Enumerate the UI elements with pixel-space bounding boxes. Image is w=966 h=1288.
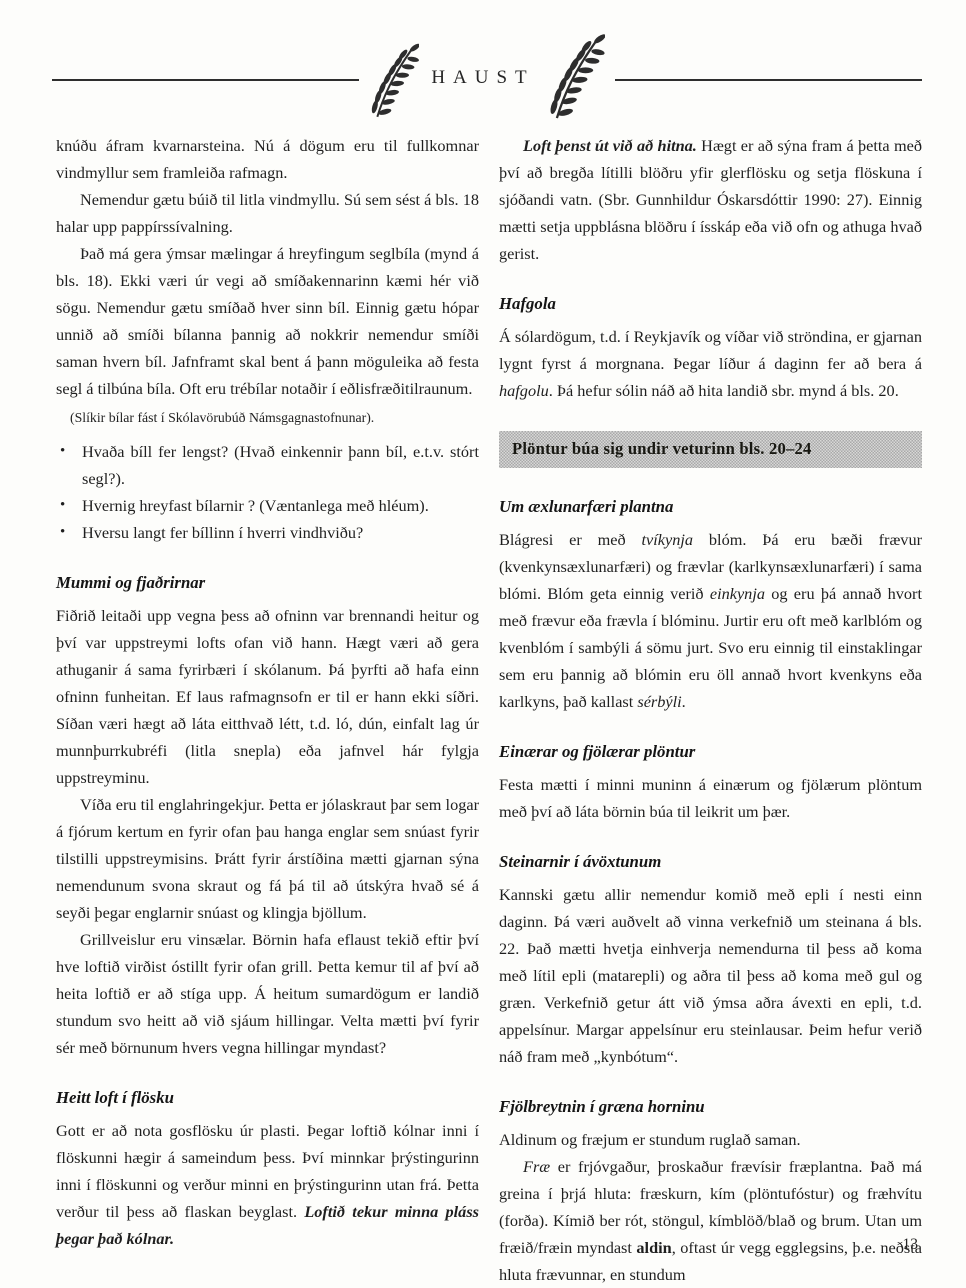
paragraph-text: og eru þá annað hvort með frævur eða fræ… [499,584,922,711]
section-banner: Plöntur búa sig undir veturinn bls. 20–2… [499,431,922,468]
list-item-text: Hvaða bíll fer lengst? (Hvað einkennir þ… [82,442,479,488]
subsection-heading-einaerar: Einærar og fjölærar plöntur [499,740,922,764]
paragraph: Nemendur gætu búið til litla vindmyllu. … [56,186,479,240]
subsection-heading-heitt-loft: Heitt loft í flösku [56,1086,479,1110]
paragraph-text: Blágresi er með [499,530,642,549]
emphasized-text: hafgolu [499,381,549,400]
paragraph: Víða eru til englahringekjur. Þetta er j… [56,791,479,926]
subsection-heading-mummi: Mummi og fjaðrirnar [56,571,479,595]
list-item-text: Hvernig hreyfast bílarnir ? (Væntanlega … [82,496,429,515]
paragraph: Gott er að nota gosflösku úr plasti. Þeg… [56,1117,479,1252]
paragraph-text: Hægt er að sýna fram á þetta með því að … [499,136,922,263]
paragraph: Blágresi er með tvíkynja blóm. Þá eru bæ… [499,526,922,715]
section-banner-title: Plöntur búa sig undir veturinn bls. 20–2… [512,439,811,458]
subsection-heading-aexlunarfaeri: Um æxlunarfæri plantna [499,495,922,519]
paragraph: Það má gera ýmsar mælingar á hreyfingum … [56,240,479,402]
paragraph: Fiðrið leitaði upp vegna þess að ofninn … [56,602,479,791]
paragraph-text: Á sólardögum, t.d. í Reykjavík og víðar … [499,327,922,373]
bullet-icon: • [60,492,65,519]
autumn-sprig-icon [369,43,419,119]
paragraph: Á sólardögum, t.d. í Reykjavík og víðar … [499,323,922,404]
paragraph-text: . [682,692,686,711]
list-item: • Hvaða bíll fer lengst? (Hvað einkennir… [56,438,479,492]
bold-text: aldin [636,1238,671,1257]
page-number: 13 [903,1236,919,1254]
autumn-sprig-icon [547,34,605,120]
paragraph: Festa mætti í minni muninn á einærum og … [499,771,922,825]
list-item: • Hversu langt fer bíllinn í hverri vind… [56,519,479,546]
page-header-title: HAUST [423,67,542,89]
book-page: HAUST [0,0,966,1288]
paragraph: Kannski gætu allir nemendur komið með ep… [499,881,922,1070]
two-column-text: knúðu áfram kvarnarsteina. Nú á dögum er… [0,116,966,1288]
subsection-heading-steinarnir: Steinarnir í ávöxtunum [499,850,922,874]
emphasized-text: tvíkynja [642,530,694,549]
emphasized-text: sérbýli [637,692,681,711]
page-header: HAUST [0,42,966,116]
subsection-heading-fjolbreytnin: Fjölbreytnin í græna horninu [499,1095,922,1119]
header-rule-left [52,79,359,81]
left-column: knúðu áfram kvarnarsteina. Nú á dögum er… [56,132,479,1288]
paragraph: Fræ er frjóvgaður, þroskaður frævísir fr… [499,1153,922,1288]
list-item: • Hvernig hreyfast bílarnir ? (Væntanleg… [56,492,479,519]
paragraph-text: . Þá hefur sólin náð að hita landið sbr.… [549,381,899,400]
paragraph: Grillveislur eru vinsælar. Börnin hafa e… [56,926,479,1061]
paragraph: Loft þenst út við að hitna. Hægt er að s… [499,132,922,267]
paragraph: knúðu áfram kvarnarsteina. Nú á dögum er… [56,132,479,186]
bullet-icon: • [60,438,65,465]
list-item-text: Hversu langt fer bíllinn í hverri vindhv… [82,523,363,542]
emphasized-text: Fræ [523,1157,550,1176]
availability-note: (Slíkir bílar fást í Skólavörubúð Námsga… [56,407,479,429]
bullet-icon: • [60,519,65,546]
paragraph: Aldinum og fræjum er stundum ruglað sama… [499,1126,922,1153]
emphasized-text: einkynja [710,584,765,603]
question-list: • Hvaða bíll fer lengst? (Hvað einkennir… [56,438,479,546]
right-column: Loft þenst út við að hitna. Hægt er að s… [499,132,922,1288]
header-rule-right [615,79,922,81]
emphasized-text: Loft þenst út við að hitna. [523,136,697,155]
subsection-heading-hafgola: Hafgola [499,292,922,316]
